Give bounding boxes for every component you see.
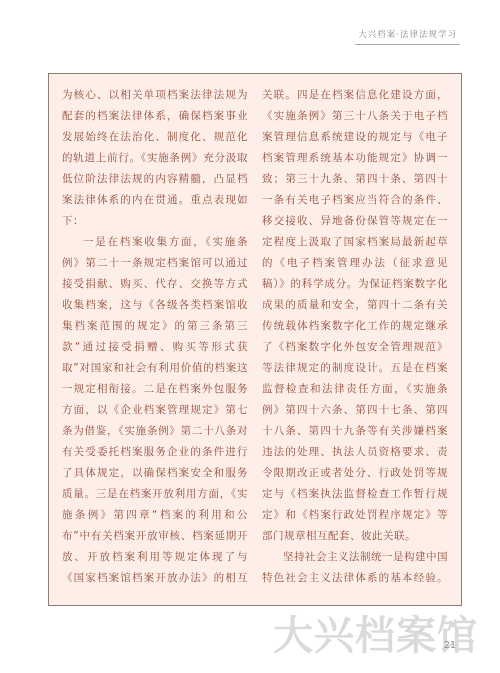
header-title: 大兴档案·法律法规学习 bbox=[358, 30, 457, 40]
paragraph-continuation: 为核心、以相关单项档案法律法规为配套的档案法律体系，确保档案事业发展始终在法治化… bbox=[62, 85, 248, 232]
document-page: 大兴档案·法律法规学习 为核心、以相关单项档案法律法规为配套的档案法律体系，确保… bbox=[0, 0, 500, 673]
page-number: 21 bbox=[444, 640, 456, 651]
page-header: 大兴档案·法律法规学习 bbox=[355, 28, 460, 45]
article-box: 为核心、以相关单项档案法律法规为配套的档案法律体系，确保档案事业发展始终在法治化… bbox=[48, 73, 462, 606]
